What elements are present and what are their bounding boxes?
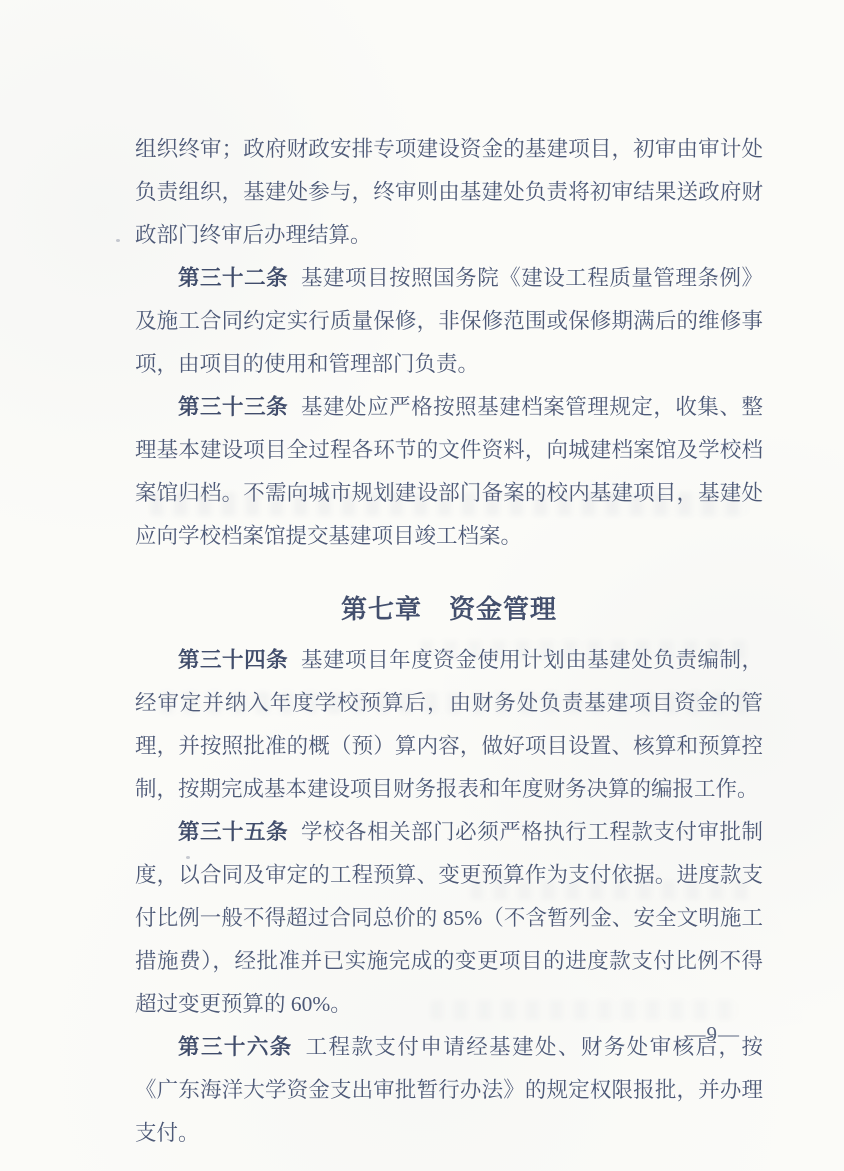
document-text-block: 组织终审；政府财政安排专项建设资金的基建项目，初审由审计处负责组织，基建处参与，… — [135, 128, 763, 1155]
scanned-document-page: 组织终审；政府财政安排专项建设资金的基建项目，初审由审计处负责组织，基建处参与，… — [0, 0, 844, 1171]
paragraph-article-36: 第三十六条工程款支付申请经基建处、财务处审核后，按《广东海洋大学资金支出审批暂行… — [135, 1026, 763, 1155]
article-number-label: 第三十五条 — [178, 820, 288, 844]
paragraph-article-33: 第三十三条基建处应严格按照基建档案管理规定，收集、整理基本建设项目全过程各环节的… — [135, 386, 763, 558]
paragraph-article-32: 第三十二条基建项目按照国务院《建设工程质量管理条例》及施工合同约定实行质量保修，… — [135, 257, 763, 386]
article-number-label: 第三十四条 — [178, 648, 288, 672]
paragraph-article-34: 第三十四条基建项目年度资金使用计划由基建处负责编制，经审定并纳入年度学校预算后，… — [135, 639, 763, 811]
article-number-label: 第三十二条 — [178, 266, 288, 290]
article-number-label: 第三十三条 — [178, 395, 288, 419]
article-number-label: 第三十六条 — [178, 1035, 293, 1059]
paragraph-text: 组织终审；政府财政安排专项建设资金的基建项目，初审由审计处负责组织，基建处参与，… — [135, 137, 763, 247]
paragraph-text: 学校各相关部门必须严格执行工程款支付审批制度，以合同及审定的工程预算、变更预算作… — [135, 820, 763, 1016]
page-number: —9— — [685, 1022, 741, 1047]
chapter-heading: 第七章 资金管理 — [135, 588, 763, 631]
scan-speck-artifact — [116, 239, 120, 242]
paragraph-article-35: 第三十五条学校各相关部门必须严格执行工程款支付审批制度，以合同及审定的工程预算、… — [135, 811, 763, 1026]
paragraph-continuation: 组织终审；政府财政安排专项建设资金的基建项目，初审由审计处负责组织，基建处参与，… — [135, 128, 763, 257]
